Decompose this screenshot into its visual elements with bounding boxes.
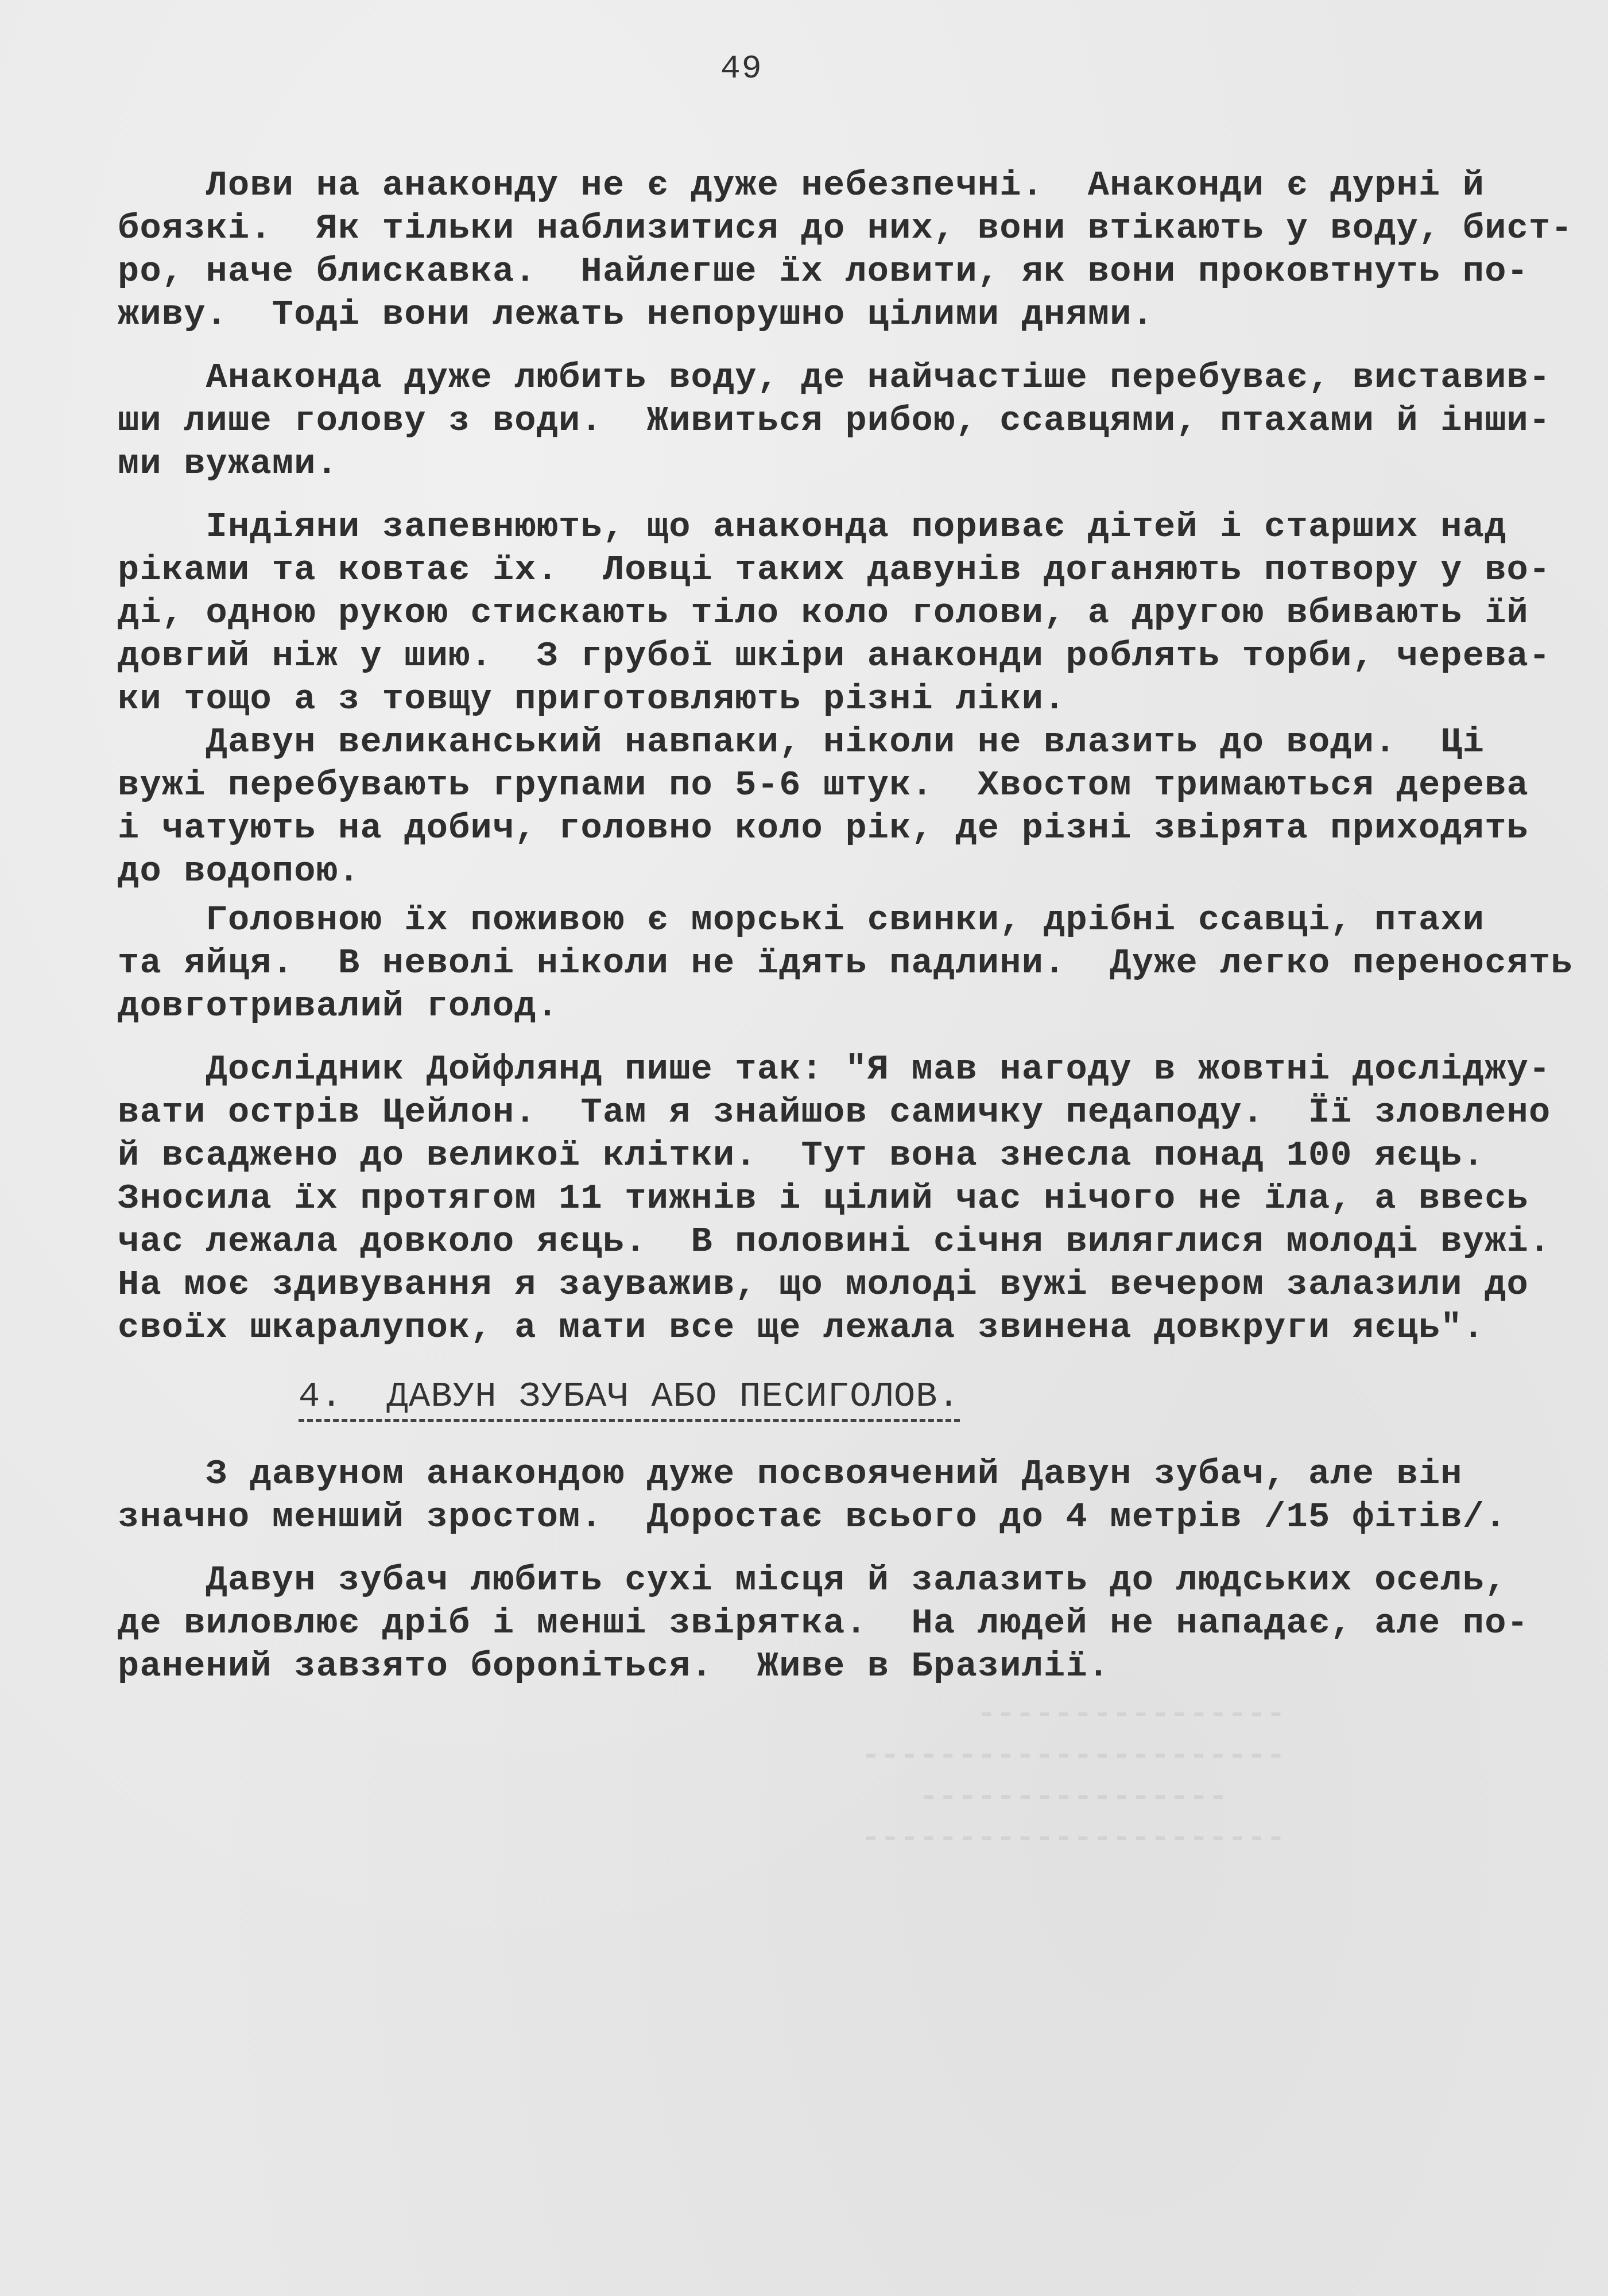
text-line: до водопою. (118, 850, 1536, 893)
text-line: вати острів Цейлон. Там я знайшов самичк… (118, 1091, 1536, 1134)
text-line: ки тощо а з товщу приготовляють різні лі… (118, 677, 1536, 720)
text-line: Індіяни запевнюють, що анаконда пориває … (118, 505, 1536, 548)
text-line: й всаджено до великої клітки. Тут вона з… (118, 1134, 1536, 1177)
text-line: Головною їх поживою є морські свинки, др… (118, 898, 1536, 941)
section-heading: 4. ДАВУН ЗУБАЧ АБО ПЕСИГОЛОВ. (299, 1375, 960, 1422)
text-line: ми вужами. (118, 442, 1536, 485)
text-line: З давуном анакондою дуже посвоячений Дав… (118, 1452, 1536, 1495)
text-line: ро, наче блискавка. Найлегше їх ловити, … (118, 250, 1536, 293)
paragraph-6-quote: Дослідник Дойфлянд пише так: "Я мав наго… (118, 1048, 1536, 1349)
text-line: Давун зубач любить сухі місця й залазить… (118, 1558, 1536, 1601)
text-line: боязкі. Як тільки наблизитися до них, во… (118, 207, 1536, 250)
section-paragraph-1: З давуном анакондою дуже посвоячений Дав… (118, 1452, 1536, 1538)
text-line: довгий ніж у шию. З грубої шкіри анаконд… (118, 634, 1536, 677)
text-line: вужі перебувають групами по 5-6 штук. Хв… (118, 763, 1536, 806)
paragraph-1: Лови на анаконду не є дуже небезпечні. А… (118, 164, 1536, 336)
page-number: 49 (720, 51, 763, 88)
paragraph-4: Давун великанський навпаки, ніколи не вл… (118, 720, 1536, 893)
text-line: довготривалий голод. (118, 984, 1536, 1027)
section-paragraph-2: Давун зубач любить сухі місця й залазить… (118, 1558, 1536, 1688)
paragraph-5: Головною їх поживою є морські свинки, др… (118, 898, 1536, 1027)
show-through-text: ---------------- ---------------------- … (861, 1693, 1324, 1859)
text-line: і чатують на добич, головно коло рік, де… (118, 806, 1536, 850)
text-line: та яйця. В неволі ніколи не їдять падлин… (118, 941, 1536, 984)
text-line: час лежала довколо яєць. В половині січн… (118, 1220, 1536, 1263)
text-line: Зносила їх протягом 11 тижнів і цілий ча… (118, 1177, 1536, 1220)
text-line: На моє здивування я зауважив, що молоді … (118, 1263, 1536, 1306)
text-line: ши лише голову з води. Живиться рибою, с… (118, 399, 1536, 442)
text-line: значно менший зростом. Доростає всього д… (118, 1495, 1536, 1538)
text-line: живу. Тоді вони лежать непорушно цілими … (118, 293, 1536, 336)
paragraph-3: Індіяни запевнюють, що анаконда пориває … (118, 505, 1536, 720)
text-line: Лови на анаконду не є дуже небезпечні. А… (118, 164, 1536, 207)
text-line: ранений завзято бороniться. Живе в Брази… (118, 1645, 1536, 1688)
text-line: Анаконда дуже любить воду, де найчастіше… (118, 356, 1536, 399)
text-line: ді, одною рукою стискають тіло коло голо… (118, 591, 1536, 634)
text-line: де виловлює дріб і менші звірятка. На лю… (118, 1601, 1536, 1645)
text-line: своїх шкаралупок, а мати все ще лежала з… (118, 1306, 1536, 1349)
document-page: 49 Лови на анаконду не є дуже небезпечні… (0, 0, 1608, 2296)
text-line: Давун великанський навпаки, ніколи не вл… (118, 720, 1536, 763)
text-line: ріками та ковтає їх. Ловці таких давунів… (118, 548, 1536, 591)
paragraph-2: Анаконда дуже любить воду, де найчастіше… (118, 356, 1536, 485)
text-line: Дослідник Дойфлянд пише так: "Я мав наго… (118, 1048, 1536, 1091)
